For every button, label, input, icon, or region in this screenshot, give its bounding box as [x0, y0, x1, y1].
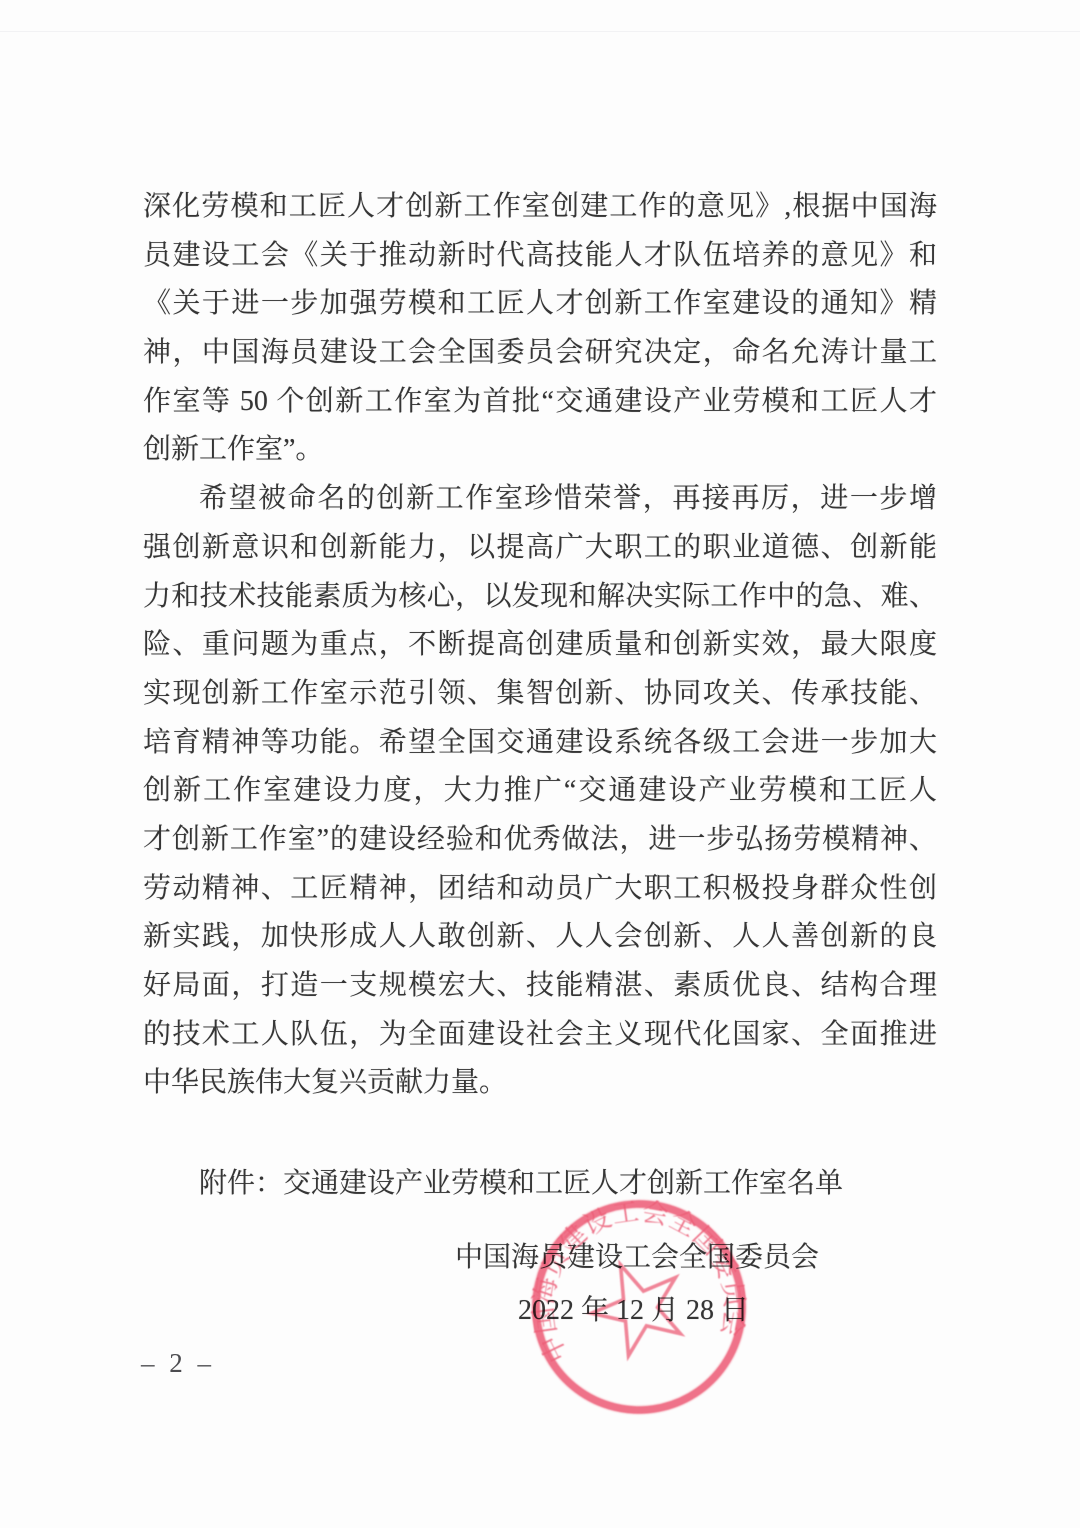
body-line: 好局面，打造一支规模宏大、技能精湛、素质优良、结构合理 — [143, 962, 937, 1011]
body-line: 新实践，加快形成人人敢创新、人人会创新、人人善创新的良 — [143, 913, 937, 962]
page-number: – 2 – — [141, 1345, 215, 1381]
scan-artifact-line — [0, 31, 1080, 32]
body-line: 作室等 50 个创新工作室为首批“交通建设产业劳模和工匠人才 — [143, 378, 937, 427]
body-line: 险、重问题为重点，不断提高创建质量和创新实效，最大限度 — [143, 621, 937, 670]
official-seal: 中国海员建设工会全国委员会 — [503, 1171, 774, 1442]
body-line: 的技术工人队伍，为全面建设社会主义现代化国家、全面推进 — [143, 1011, 937, 1060]
body-line: 实现创新工作室示范引领、集智创新、协同攻关、传承技能、 — [143, 670, 937, 719]
body-line: 创新工作室”。 — [143, 426, 937, 475]
document-page: 深化劳模和工匠人才创新工作室创建工作的意见》,根据中国海 员建设工会《关于推动新… — [0, 0, 1080, 1528]
seal-star-icon — [579, 1247, 697, 1363]
body-line: 深化劳模和工匠人才创新工作室创建工作的意见》,根据中国海 — [143, 183, 937, 232]
body-line: 劳动精神、工匠精神，团结和动员广大职工积极投身群众性创 — [143, 865, 937, 914]
body-line: 中华民族伟大复兴贡献力量。 — [143, 1059, 937, 1108]
body-text: 深化劳模和工匠人才创新工作室创建工作的意见》,根据中国海 员建设工会《关于推动新… — [143, 183, 937, 1108]
body-line: 员建设工会《关于推动新时代高技能人才队伍培养的意见》和 — [143, 232, 937, 281]
body-line: 才创新工作室”的建设经验和优秀做法，进一步弘扬劳模精神、 — [143, 816, 937, 865]
seal-text: 中国海员建设工会全国委员会 — [515, 1183, 755, 1369]
body-line: 强创新意识和创新能力，以提高广大职工的职业道德、创新能 — [143, 524, 937, 573]
body-line: 力和技术技能素质为核心，以发现和解决实际工作中的急、难、 — [143, 573, 937, 622]
body-line: 希望被命名的创新工作室珍惜荣誉，再接再厉，进一步增 — [143, 475, 937, 524]
body-line: 培育精神等功能。希望全国交通建设系统各级工会进一步加大 — [143, 719, 937, 768]
body-line: 神，中国海员建设工会全国委员会研究决定，命名允涛计量工 — [143, 329, 937, 378]
body-line: 《关于进一步加强劳模和工匠人才创新工作室建设的通知》精 — [143, 280, 937, 329]
body-line: 创新工作室建设力度，大力推广“交通建设产业劳模和工匠人 — [143, 767, 937, 816]
